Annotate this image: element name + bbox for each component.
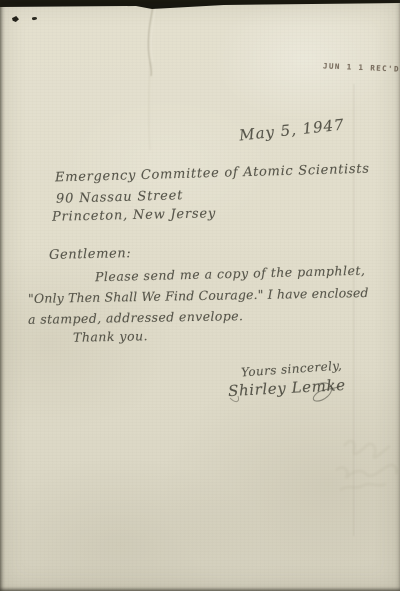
letter-photograph: JUN 1 1 REC'D May 5, 1947 Emergency Comm… <box>0 0 400 591</box>
photo-vignette <box>0 0 400 591</box>
